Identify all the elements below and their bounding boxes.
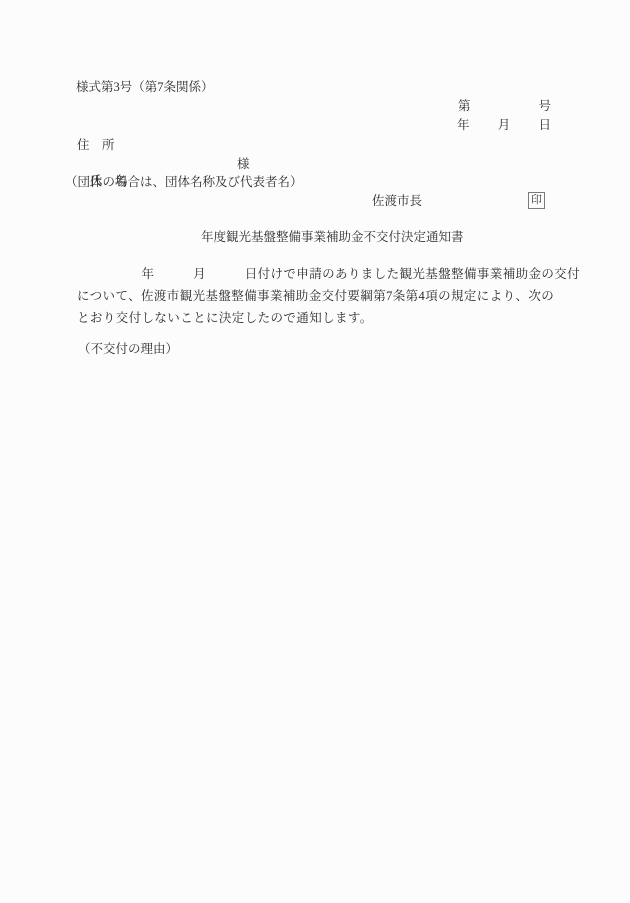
notice-title: 年度観光基盤整備事業補助金不交付決定通知書 bbox=[201, 229, 464, 246]
form-number-label: 様式第3号（第7条関係） bbox=[76, 79, 214, 96]
group-note: （団体の場合は、団体名称及び代表者名） bbox=[65, 174, 303, 191]
seal-box: 印 bbox=[528, 192, 545, 209]
address-label: 住 所 bbox=[77, 137, 115, 154]
date-month-label: 月 bbox=[498, 117, 511, 134]
sender-title: 佐渡市長 bbox=[372, 193, 422, 210]
doc-number-line: 第 号 bbox=[458, 98, 551, 115]
body-line: 年 月 日付けで申請のありました観光基盤整備事業補助金の交付 bbox=[77, 266, 580, 283]
seal-stamp: 印 bbox=[531, 195, 542, 206]
doc-number-suffix: 号 bbox=[538, 98, 551, 115]
date-line: 年 月 日 bbox=[457, 117, 551, 134]
name-line: 氏 名 様 bbox=[77, 156, 377, 173]
body-line: とおり交付しないことに決定したので通知します。 bbox=[77, 310, 373, 327]
date-day-label: 日 bbox=[538, 117, 551, 134]
reason-label: （不交付の理由） bbox=[78, 341, 178, 358]
document-page: 様式第3号（第7条関係） 第 号 年 月 日 住 所 氏 名 様 （団体の場合は… bbox=[0, 0, 630, 903]
honorific-label: 様 bbox=[237, 156, 250, 173]
doc-number-prefix: 第 bbox=[458, 98, 471, 115]
body-line: について、佐渡市観光基盤整備事業補助金交付要綱第7条第4項の規定により、次の bbox=[77, 288, 554, 305]
date-year-label: 年 bbox=[457, 117, 470, 134]
